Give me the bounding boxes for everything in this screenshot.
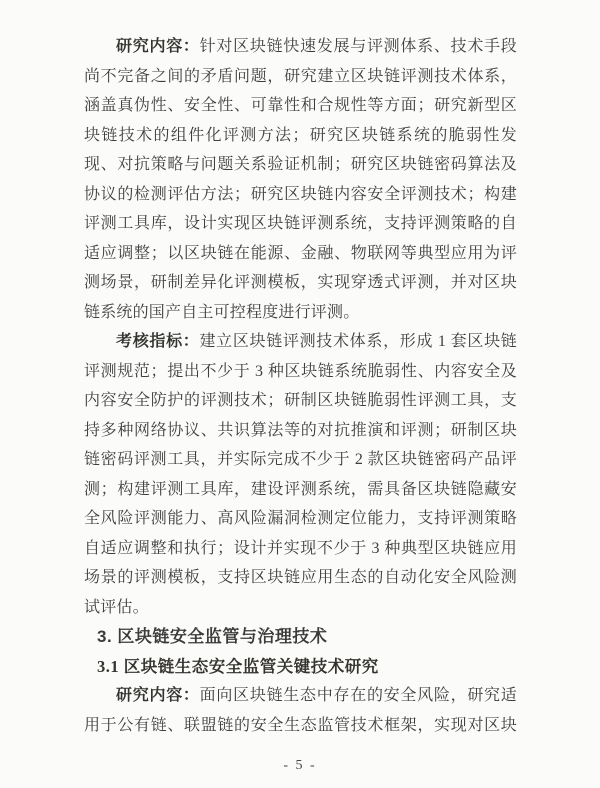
text-line: 适应调整；以区块链在能源、金融、物联网等典型应用为评 <box>84 239 517 269</box>
page-number: - 5 - <box>0 758 600 774</box>
document-page: 研究内容：针对区块链快速发展与评测体系、技术手段尚不完备之间的矛盾问题，研究建立… <box>0 0 600 788</box>
paragraph-label: 研究内容： <box>116 38 200 55</box>
text-line: 测；构建评测工具库，建设评测系统，需具备区块链隐藏安 <box>84 475 517 505</box>
text-line: 现、对抗策略与问题关系验证机制；研究区块链密码算法及 <box>84 150 517 180</box>
paragraph-label: 考核指标： <box>116 333 199 350</box>
text-line: 内容安全防护的评测技术；研制区块链脆弱性评测工具，支 <box>84 386 517 416</box>
text-line: 协议的检测评估方法；研究区块链内容安全评测技术；构建 <box>84 180 517 210</box>
text-line: 块链技术的组件化评测方法；研究区块链系统的脆弱性发 <box>84 121 517 151</box>
paragraph-label: 研究内容： <box>116 687 200 704</box>
text-line: 评测工具库，设计实现区块链评测系统，支持评测策略的自 <box>84 209 517 239</box>
text-line: 自适应调整和执行；设计并实现不少于 3 种典型区块链应用 <box>84 534 517 564</box>
text-line: 研究内容：针对区块链快速发展与评测体系、技术手段 <box>84 32 517 62</box>
text-line: 涵盖真伪性、安全性、可靠性和合规性等方面；研究新型区 <box>84 91 517 121</box>
section-heading: 3. 区块链安全监管与治理技术 <box>84 622 517 652</box>
text-line: 试评估。 <box>84 593 517 623</box>
text-line: 全风险评测能力、高风险漏洞检测定位能力，支持评测策略 <box>84 504 517 534</box>
text-line: 考核指标：建立区块链评测技术体系，形成 1 套区块链 <box>84 327 517 357</box>
text-line: 链密码评测工具，并实际完成不少于 2 款区块链密码产品评 <box>84 445 517 475</box>
text-line: 评测规范；提出不少于 3 种区块链系统脆弱性、内容安全及 <box>84 357 517 387</box>
subsection-heading: 3.1 区块链生态安全监管关键技术研究 <box>84 652 517 682</box>
text-line: 场景的评测模板，支持区块链应用生态的自动化安全风险测 <box>84 563 517 593</box>
text-line: 持多种网络协议、共识算法等的对抗推演和评测；研制区块 <box>84 416 517 446</box>
text-line: 研究内容：面向区块链生态中存在的安全风险，研究适 <box>84 681 517 711</box>
text-line: 测场景，研制差异化评测模板，实现穿透式评测，并对区块 <box>84 268 517 298</box>
text-line: 用于公有链、联盟链的安全生态监管技术框架，实现对区块 <box>84 711 517 741</box>
text-line: 尚不完备之间的矛盾问题，研究建立区块链评测技术体系， <box>84 62 517 92</box>
text-block: 研究内容：针对区块链快速发展与评测体系、技术手段尚不完备之间的矛盾问题，研究建立… <box>84 32 517 740</box>
text-line: 链系统的国产自主可控程度进行评测。 <box>84 298 517 328</box>
